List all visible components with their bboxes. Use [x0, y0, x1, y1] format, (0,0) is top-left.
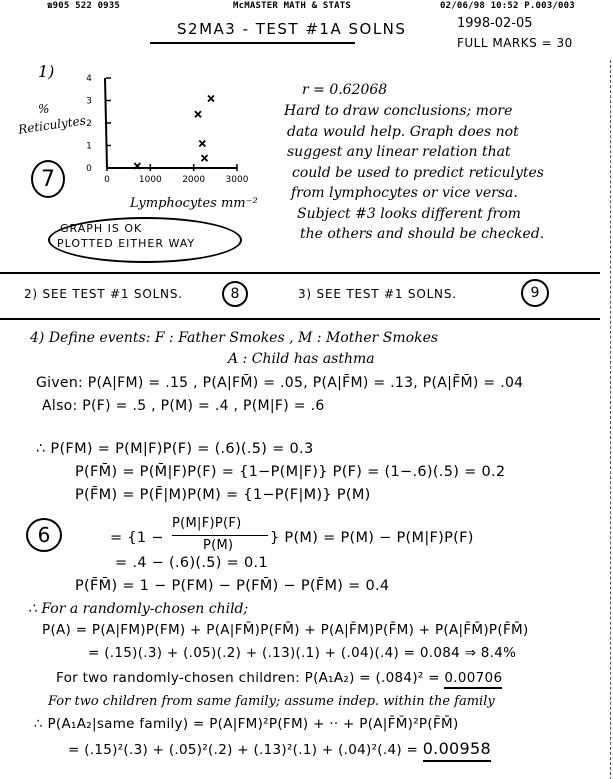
- q4-frac-num: P(M|F)P(F): [172, 516, 242, 531]
- fax-phone: ☎905 522 0935: [47, 1, 120, 11]
- fax-stamp: 02/06/98 10:52 P.003/003: [440, 1, 575, 11]
- grader-note-line1: GRAPH IS OK: [60, 222, 142, 235]
- q2-text: 2) SEE TEST #1 SOLNS.: [24, 287, 183, 301]
- y-tick-label: 1: [86, 142, 92, 152]
- q1-comment-line: could be used to predict reticulytes: [292, 165, 544, 181]
- q4-given: Given: P(A|FM) = .15 , P(A|FM̄) = .05, P…: [36, 375, 523, 391]
- q4-frac-post: } P(M) = P(M) − P(M|F)P(F): [270, 530, 474, 546]
- x-tick-label: 2000: [182, 175, 205, 185]
- q4-define-line2: A : Child has asthma: [228, 351, 375, 367]
- q4-same-family-value-text: = (.15)²(.3) + (.05)²(.2) + (.13)²(.1) +…: [68, 742, 423, 758]
- q3-score: 9: [531, 285, 540, 301]
- page-title: S2MA3 - TEST #1A SOLNS: [177, 20, 406, 38]
- x-tick-label: 1000: [139, 175, 162, 185]
- q1-comment-line: Hard to draw conclusions; more: [284, 103, 512, 119]
- x-axis-label: Lymphocytes mm⁻²: [130, 196, 258, 211]
- q3-score-circle: 9: [521, 279, 549, 307]
- y-axis-label-pct: %: [38, 102, 49, 116]
- q1-comment-line: the others and should be checked.: [300, 226, 544, 242]
- q4-score: 6: [38, 523, 51, 547]
- y-tick-label: 2: [86, 119, 92, 129]
- q4-same-family-value: = (.15)²(.3) + (.05)²(.2) + (.13)²(.1) +…: [68, 739, 491, 758]
- q4-step-fbarmbar: P(F̄M̄) = 1 − P(FM) − P(FM̄) − P(F̄M) = …: [75, 578, 389, 594]
- q4-frac-den: P(M): [203, 538, 233, 553]
- title-underline: [150, 42, 355, 44]
- full-marks: FULL MARKS = 30: [457, 36, 573, 50]
- doc-date: 1998-02-05: [457, 16, 533, 31]
- q4-same-family-formula: ∴ P(A₁A₂|same family) = P(A|FM)²P(FM) + …: [34, 716, 459, 732]
- separator-2: [0, 318, 600, 320]
- r-value: r = 0.62068: [302, 82, 387, 98]
- q4-random-intro: ∴ For a randomly-chosen child;: [28, 601, 248, 617]
- q3-text: 3) SEE TEST #1 SOLNS.: [298, 287, 457, 301]
- q4-two-random-text: For two randomly-chosen children: P(A₁A₂…: [56, 670, 444, 686]
- q4-score-circle: 6: [26, 518, 62, 552]
- q4-step-fm: ∴ P(FM) = P(M|F)P(F) = (.6)(.5) = 0.3: [36, 441, 314, 457]
- y-tick-label: 3: [86, 97, 92, 107]
- q4-also: Also: P(F) = .5 , P(M) = .4 , P(M|F) = .…: [42, 398, 325, 414]
- q4-two-random-result: 0.00706: [444, 670, 502, 689]
- x-tick-label: 0: [104, 175, 110, 185]
- q4-step-fmbar: P(FM̄) = P(M̄|F)P(F) = {1−P(M|F)} P(F) =…: [75, 464, 505, 480]
- q4-two-random: For two randomly-chosen children: P(A₁A₂…: [56, 670, 502, 686]
- q4-step-fbarm: P(F̄M) = P(F̄|M)P(M) = {1−P(F|M)} P(M): [75, 487, 371, 503]
- q2-score: 8: [231, 286, 240, 302]
- q4-define-line1: 4) Define events: F : Father Smokes , M …: [30, 330, 438, 346]
- q4-frac-pre: = {1 −: [110, 530, 164, 546]
- q4-same-family-result: 0.00958: [423, 739, 491, 762]
- x-tick-label: 3000: [226, 175, 249, 185]
- q2-score-circle: 8: [222, 281, 248, 307]
- separator-1: [0, 272, 600, 274]
- q1-comment-line: data would help. Graph does not: [287, 124, 519, 140]
- y-tick-label: 0: [86, 164, 92, 174]
- q4-frac-bar: [172, 535, 268, 536]
- fax-org: McMASTER MATH & STATS: [233, 1, 351, 11]
- q4-same-family-intro: For two children from same family; assum…: [48, 694, 495, 709]
- grader-note-line2: PLOTTED EITHER WAY: [57, 237, 195, 250]
- q1-comment-line: suggest any linear relation that: [287, 144, 511, 160]
- q1-comment-line: Subject #3 looks different from: [297, 206, 521, 222]
- page-edge: [610, 60, 611, 779]
- q4-pa-formula: P(A) = P(A|FM)P(FM) + P(A|FM̄)P(FM̄) + P…: [42, 622, 529, 638]
- q4-pa-value: = (.15)(.3) + (.05)(.2) + (.13)(.1) + (.…: [88, 645, 516, 661]
- q1-comment-line: from lymphocytes or vice versa.: [291, 185, 518, 201]
- q4-step-value: = .4 − (.6)(.5) = 0.1: [115, 555, 268, 571]
- y-tick-label: 4: [86, 74, 92, 84]
